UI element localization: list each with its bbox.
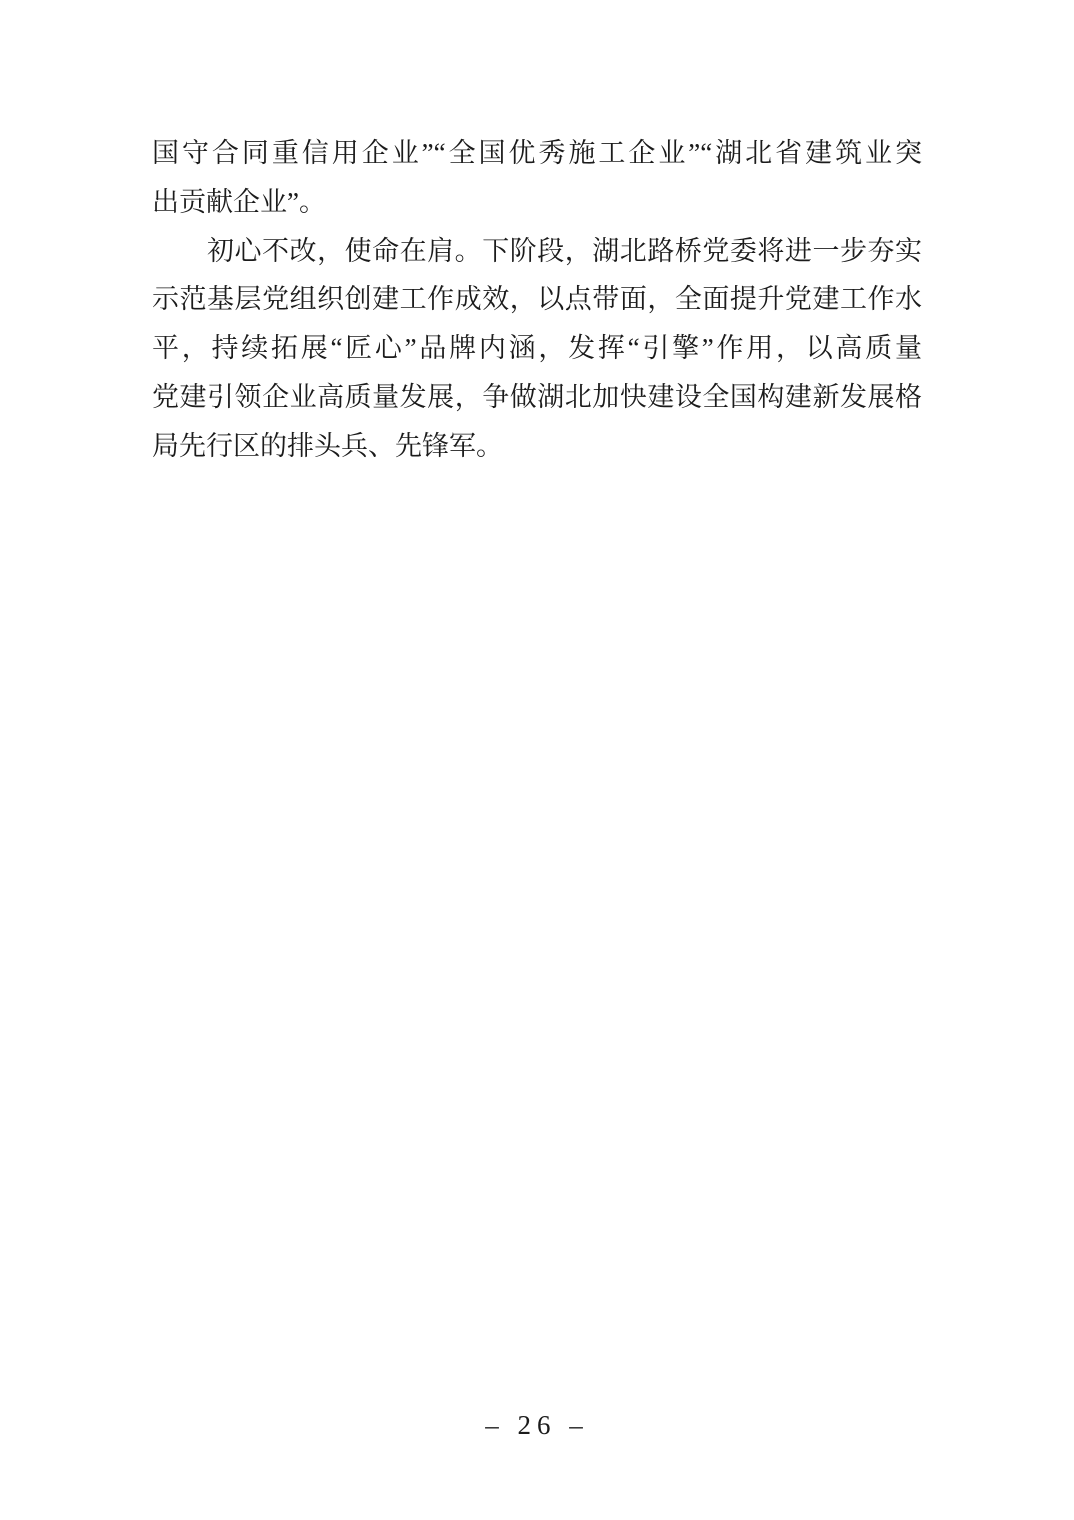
text-line: 局先行区的排头兵、先锋军。 <box>152 422 922 471</box>
paragraph-2: 初心不改，使命在肩。下阶段，湖北路桥党委将进一步夯实 示范基层党组织创建工作成效… <box>152 227 922 471</box>
text-line: 初心不改，使命在肩。下阶段，湖北路桥党委将进一步夯实 <box>152 227 922 276</box>
text-line: 示范基层党组织创建工作成效，以点带面，全面提升党建工作水 <box>152 275 922 324</box>
text-line: 出贡献企业”。 <box>152 178 922 227</box>
text-line: 国守合同重信用企业”“全国优秀施工企业”“湖北省建筑业突 <box>152 129 922 178</box>
body-text: 国守合同重信用企业”“全国优秀施工企业”“湖北省建筑业突 出贡献企业”。 初心不… <box>152 129 922 471</box>
text-line: 平，持续拓展“匠心”品牌内涵，发挥“引擎”作用，以高质量 <box>152 324 922 373</box>
document-page: { "page": { "background_color": "#ffffff… <box>0 0 1074 1520</box>
paragraph-1: 国守合同重信用企业”“全国优秀施工企业”“湖北省建筑业突 出贡献企业”。 <box>152 129 922 227</box>
page-number: – 26 – <box>485 1410 589 1440</box>
text-line: 党建引领企业高质量发展，争做湖北加快建设全国构建新发展格 <box>152 373 922 422</box>
page-footer: – 26 – <box>0 1402 1074 1448</box>
